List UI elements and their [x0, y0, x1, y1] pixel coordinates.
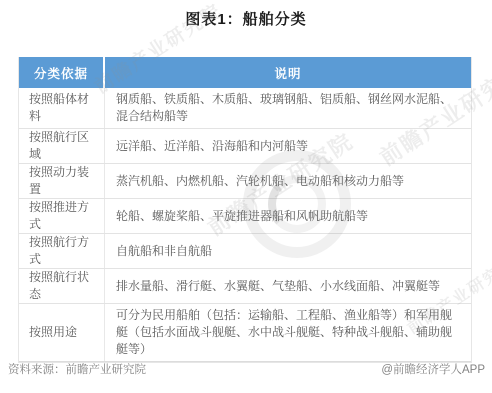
table-row: 按照船体材料 钢质船、铁质船、木质船、玻璃钢船、铝质船、钢丝网水泥船、混合结构船… — [19, 88, 471, 129]
row-description: 蒸汽机船、内燃机船、汽轮机船、电动船和核动力船等 — [105, 164, 471, 198]
row-label: 按照航行状态 — [19, 269, 105, 303]
table-header-row: 分类依据 说明 — [19, 57, 471, 88]
row-description: 自航船和非自航船 — [105, 234, 471, 268]
row-label: 按照推进方式 — [19, 199, 105, 233]
row-description: 远洋船、近洋船、沿海船和内河船等 — [105, 129, 471, 163]
page-title: 图表1：船舶分类 — [0, 8, 492, 29]
row-description: 排水量船、滑行艇、水翼艇、气垫船、小水线面船、冲翼艇等 — [105, 269, 471, 303]
row-label: 按照航行区域 — [19, 129, 105, 163]
row-label: 按照航行方式 — [19, 234, 105, 268]
attribution-note: @前瞻经济学人APP — [381, 361, 485, 377]
header-cell-description: 说明 — [105, 57, 471, 88]
table-row: 按照航行状态 排水量船、滑行艇、水翼艇、气垫船、小水线面船、冲翼艇等 — [19, 269, 471, 304]
row-description: 钢质船、铁质船、木质船、玻璃钢船、铝质船、钢丝网水泥船、混合结构船等 — [105, 88, 471, 128]
row-label: 按照船体材料 — [19, 88, 105, 128]
table-row: 按照动力装置 蒸汽机船、内燃机船、汽轮机船、电动船和核动力船等 — [19, 164, 471, 199]
table-row: 按照推进方式 轮船、螺旋桨船、平旋推进器船和风帆助航船等 — [19, 199, 471, 234]
source-note: 资料来源：前瞻产业研究院 — [8, 361, 146, 377]
table-row: 按照用途 可分为民用船舶（包括：运输船、工程船、渔业船等）和军用舰艇（包括水面战… — [19, 304, 471, 362]
header-cell-classification-basis: 分类依据 — [19, 57, 105, 88]
row-label: 按照用途 — [19, 304, 105, 361]
row-description: 可分为民用船舶（包括：运输船、工程船、渔业船等）和军用舰艇（包括水面战斗舰艇、水… — [105, 304, 471, 361]
ship-classification-table: 分类依据 说明 按照船体材料 钢质船、铁质船、木质船、玻璃钢船、铝质船、钢丝网水… — [18, 57, 472, 363]
row-description: 轮船、螺旋桨船、平旋推进器船和风帆助航船等 — [105, 199, 471, 233]
table-row: 按照航行方式 自航船和非自航船 — [19, 234, 471, 269]
row-label: 按照动力装置 — [19, 164, 105, 198]
table-row: 按照航行区域 远洋船、近洋船、沿海船和内河船等 — [19, 129, 471, 164]
table-body: 按照船体材料 钢质船、铁质船、木质船、玻璃钢船、铝质船、钢丝网水泥船、混合结构船… — [19, 88, 471, 362]
